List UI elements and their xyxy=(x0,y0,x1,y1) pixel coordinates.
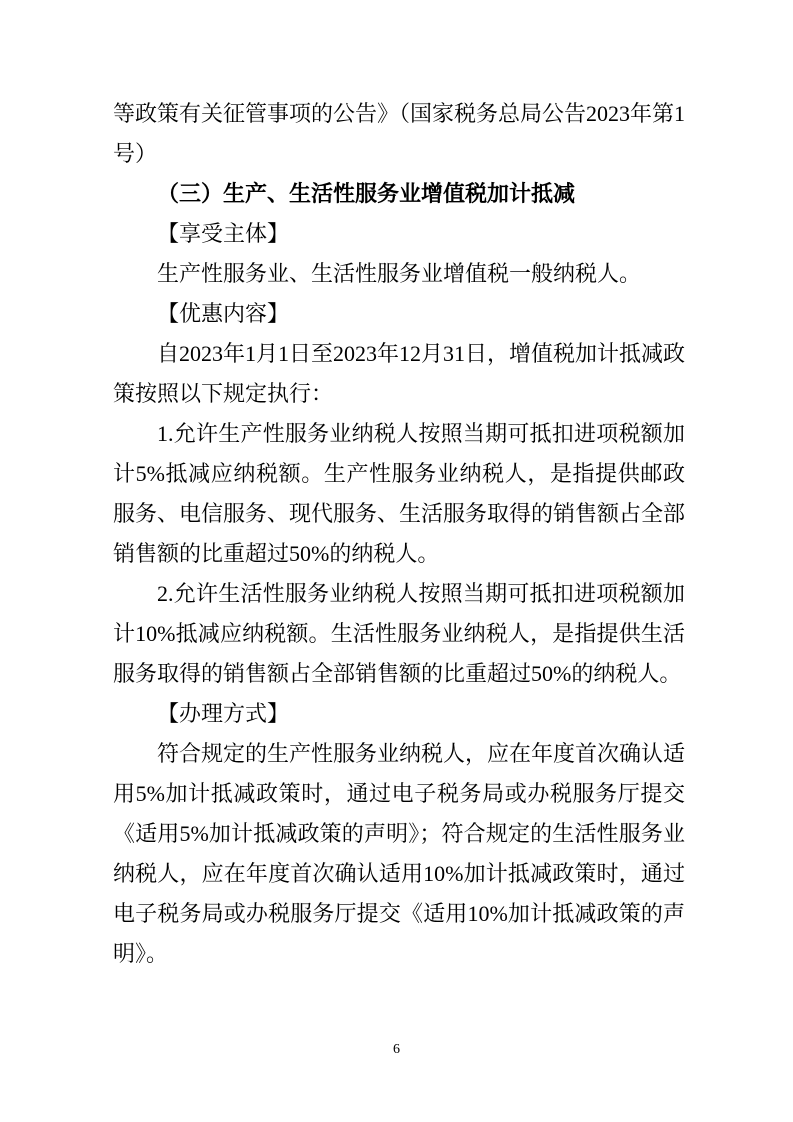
document-page: 等政策有关征管事项的公告》（国家税务总局公告2023年第1号） （三）生产、生活… xyxy=(0,0,793,1122)
label-policy-content: 【优惠内容】 xyxy=(113,294,685,334)
continued-paragraph: 等政策有关征管事项的公告》（国家税务总局公告2023年第1号） xyxy=(113,94,685,174)
paragraph-filing-method: 符合规定的生产性服务业纳税人，应在年度首次确认适用5%加计抵减政策时，通过电子税… xyxy=(113,734,685,974)
label-filing-method: 【办理方式】 xyxy=(113,694,685,734)
paragraph-rule-1-productive-services: 1.允许生产性服务业纳税人按照当期可抵扣进项税额加计5%抵减应纳税额。生产性服务… xyxy=(113,414,685,574)
label-eligible-entities: 【享受主体】 xyxy=(113,214,685,254)
paragraph-policy-period: 自2023年1月1日至2023年12月31日，增值税加计抵减政策按照以下规定执行… xyxy=(113,334,685,414)
paragraph-rule-2-life-services: 2.允许生活性服务业纳税人按照当期可抵扣进项税额加计10%抵减应纳税额。生活性服… xyxy=(113,574,685,694)
page-number: 6 xyxy=(393,1042,400,1057)
document-body: 等政策有关征管事项的公告》（国家税务总局公告2023年第1号） （三）生产、生活… xyxy=(113,94,685,974)
page-footer: 6 xyxy=(0,1040,793,1058)
section-heading: （三）生产、生活性服务业增值税加计抵减 xyxy=(113,174,685,214)
paragraph-eligible-entities: 生产性服务业、生活性服务业增值税一般纳税人。 xyxy=(113,254,685,294)
